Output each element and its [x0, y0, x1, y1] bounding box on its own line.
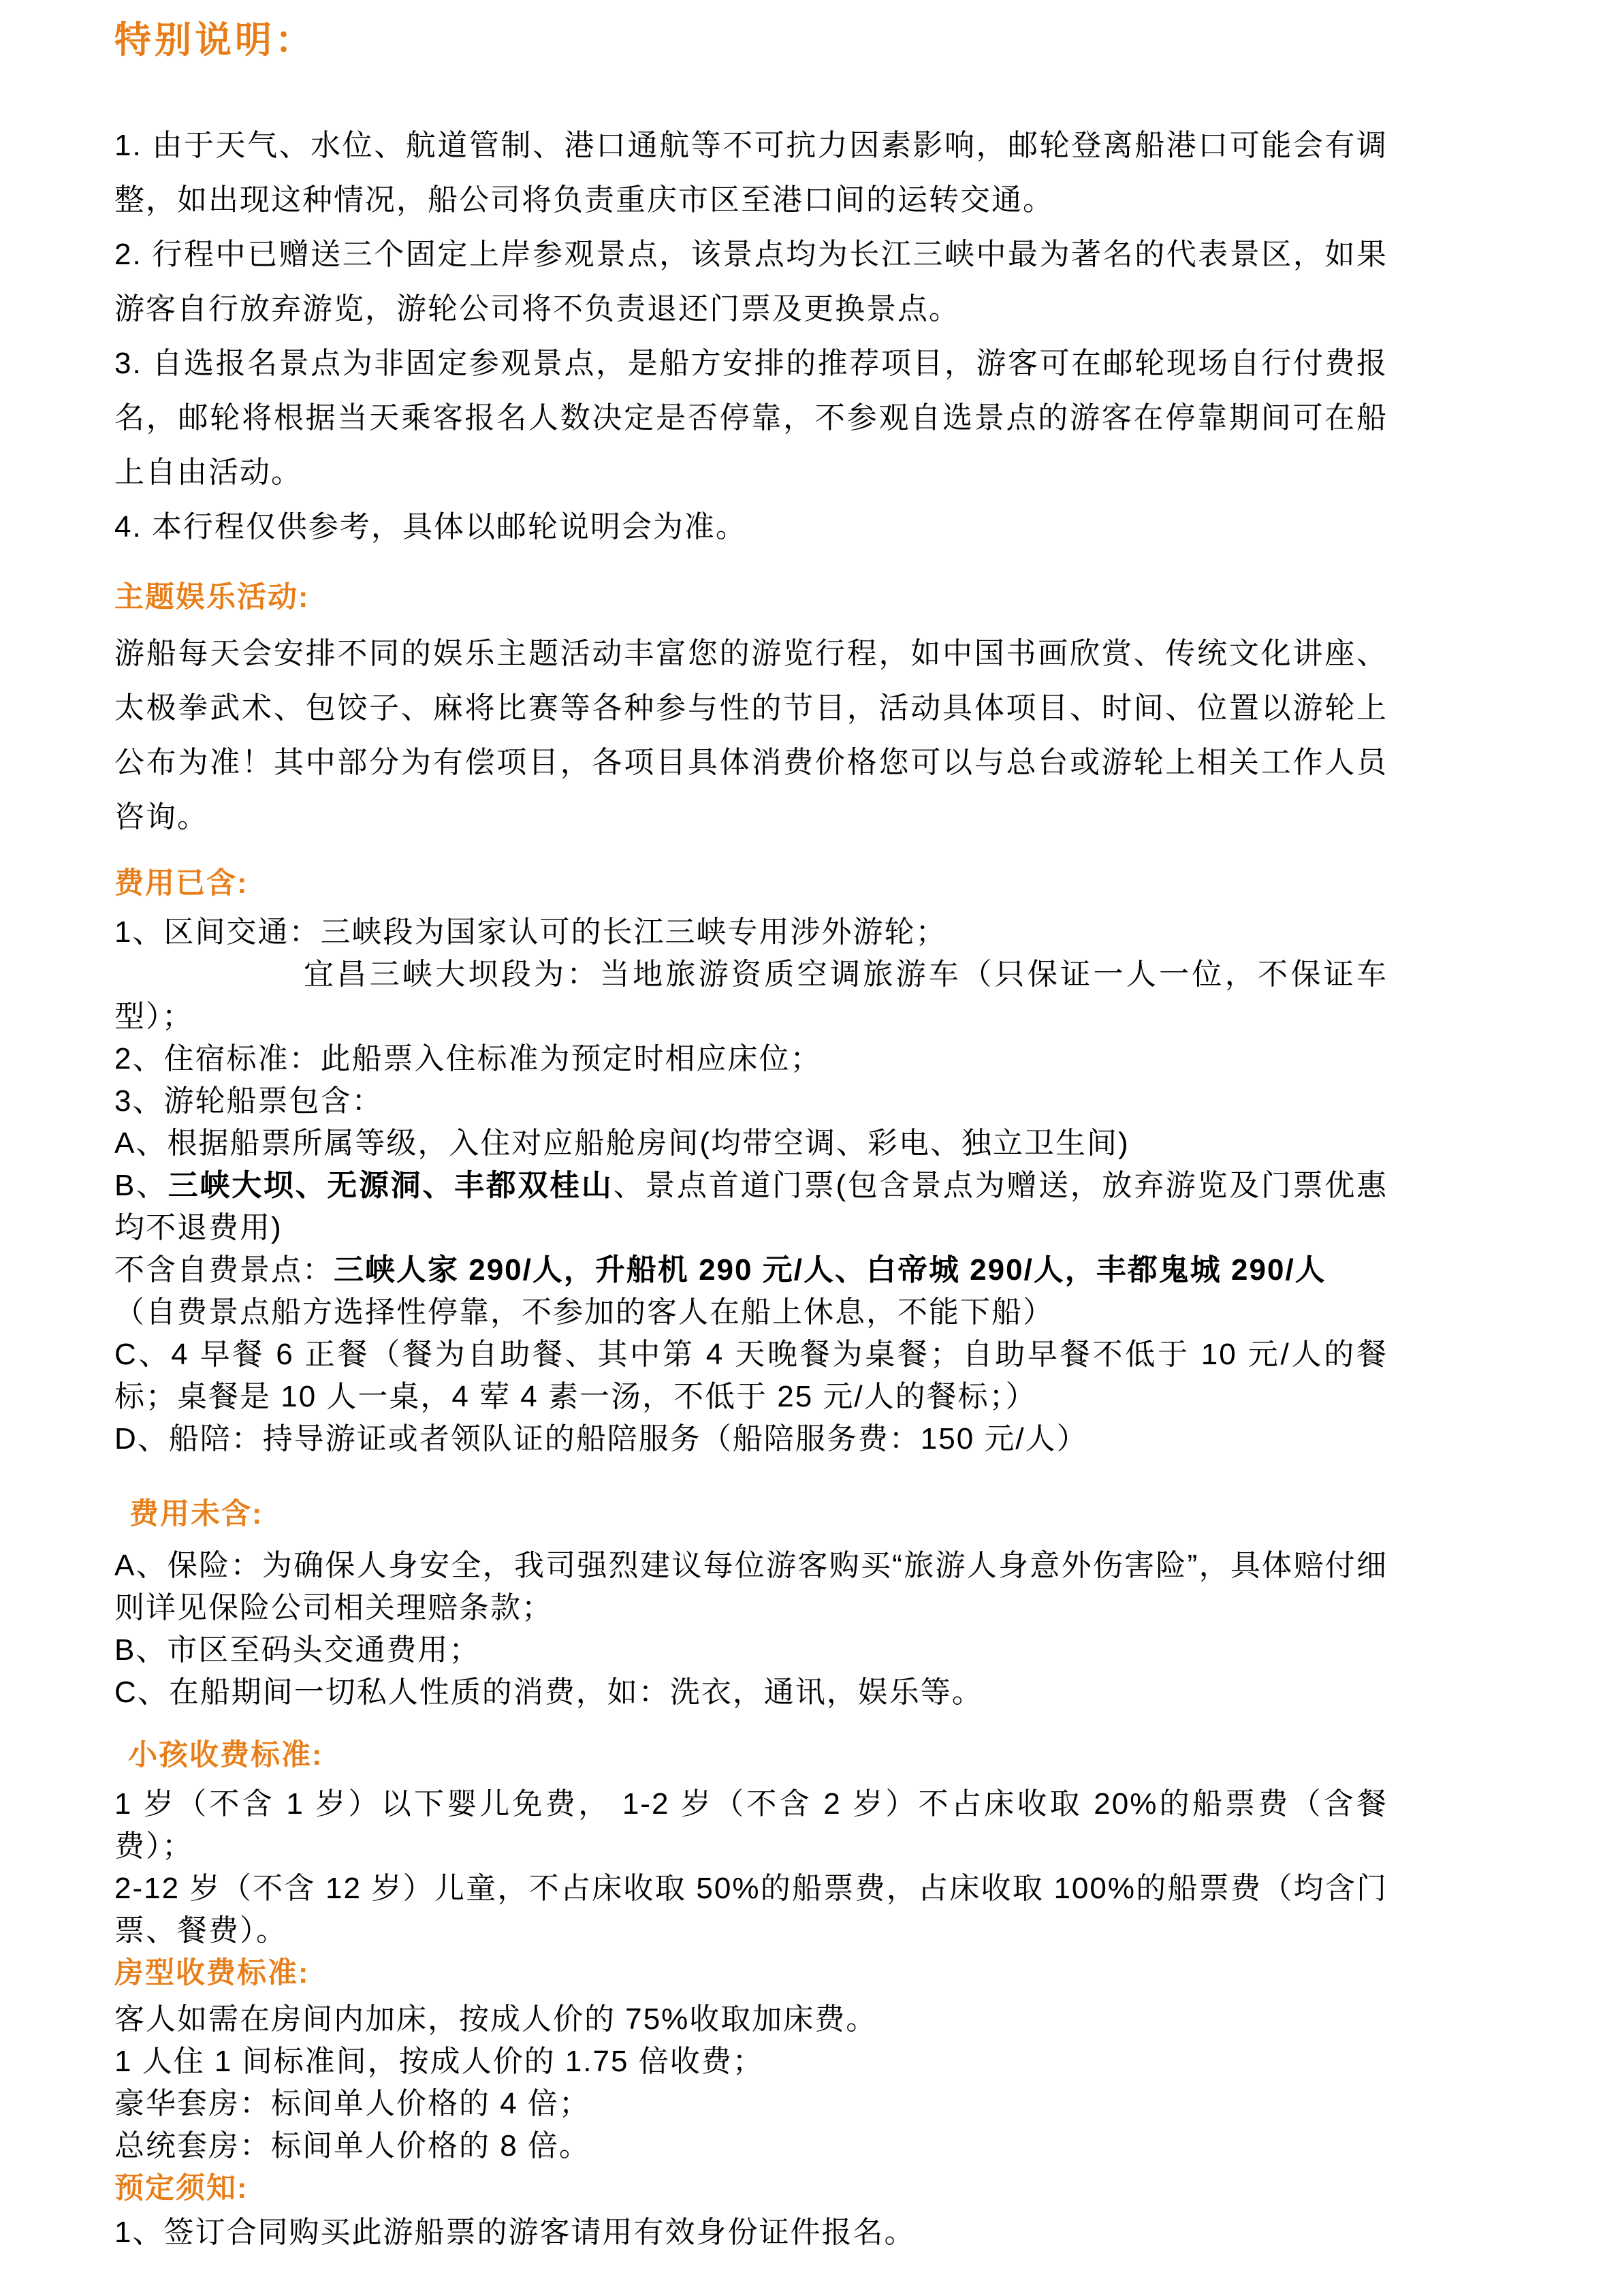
text-segment: C、4 早餐 6 正餐（餐为自助餐、其中第 4 天晚餐为桌餐；自助早餐不低于 1…: [114, 1338, 1388, 1413]
text-line: 1 人住 1 间标准间，按成人价的 1.75 倍收费；: [114, 2041, 1388, 2083]
document-page: 特别说明： 1. 由于天气、水位、航道管制、港口通航等不可抗力因素影响，邮轮登离…: [0, 0, 1622, 2296]
text-segment: B、: [114, 1169, 168, 1202]
text-segment: 2-12 岁（不含 12 岁）儿童，不占床收取 50%的船票费，占床收取 100…: [114, 1872, 1388, 1947]
text-line: B、市区至码头交通费用；: [114, 1629, 1388, 1671]
text-segment: 1、签订合同购买此游船票的游客请用有效身份证件报名。: [114, 2216, 915, 2249]
section-heading: 费用已含:: [114, 865, 1388, 903]
text-line: C、在船期间一切私人性质的消费，如：洗衣，通讯，娱乐等。: [114, 1671, 1388, 1714]
text-line: （自费景点船方选择性停靠，不参加的客人在船上休息，不能下船）: [114, 1291, 1388, 1334]
text-line: 不含自费景点：三峡人家 290/人，升船机 290 元/人、白帝城 290/人，…: [114, 1249, 1388, 1291]
text-line: 豪华套房：标间单人价格的 4 倍；: [114, 2083, 1388, 2125]
section-room-policy: 房型收费标准:客人如需在房间内加床，按成人价的 75%收取加床费。1 人住 1 …: [114, 1955, 1388, 2167]
text-line: 2-12 岁（不含 12 岁）儿童，不占床收取 50%的船票费，占床收取 100…: [114, 1868, 1388, 1952]
text-line: 3. 自选报名景点为非固定参观景点，是船方安排的推荐项目，游客可在邮轮现场自行付…: [114, 336, 1388, 500]
section-heading: 预定须知:: [114, 2170, 1388, 2208]
document-content: 特别说明： 1. 由于天气、水位、航道管制、港口通航等不可抗力因素影响，邮轮登离…: [114, 0, 1388, 2254]
section-fees-excluded: 费用未含:A、保险：为确保人身安全，我司强烈建议每位游客购买“旅游人身意外伤害险…: [114, 1496, 1388, 1714]
section-heading: 房型收费标准:: [114, 1955, 1388, 1993]
section-heading: 主题娱乐活动:: [114, 579, 1388, 617]
text-segment: 1 人住 1 间标准间，按成人价的 1.75 倍收费；: [114, 2045, 764, 2078]
text-line: 1. 由于天气、水位、航道管制、港口通航等不可抗力因素影响，邮轮登离船港口可能会…: [114, 119, 1388, 227]
text-segment: D、船陪：持导游证或者领队证的船陪服务（船陪服务费：150 元/人）: [114, 1422, 1088, 1456]
section-heading: 费用未含:: [114, 1496, 1388, 1534]
text-segment: 1、区间交通：三峡段为国家认可的长江三峡专用涉外游轮；: [114, 915, 947, 949]
text-segment: C、在船期间一切私人性质的消费，如：洗衣，通讯，娱乐等。: [114, 1676, 983, 1709]
section-heading: 小孩收费标准:: [114, 1737, 1388, 1775]
text-segment: 3、游轮船票包含：: [114, 1084, 383, 1118]
text-segment: 2. 行程中已赠送三个固定上岸参观景点，该景点均为长江三峡中最为著名的代表景区，…: [114, 238, 1388, 326]
page-title: 特别说明：: [114, 19, 1388, 61]
section-special-notes: 1. 由于天气、水位、航道管制、港口通航等不可抗力因素影响，邮轮登离船港口可能会…: [114, 119, 1388, 554]
text-line: 2. 行程中已赠送三个固定上岸参观景点，该景点均为长江三峡中最为著名的代表景区，…: [114, 227, 1388, 336]
text-line: B、三峡大坝、无源洞、丰都双桂山、景点首道门票(包含景点为赠送，放弃游览及门票优…: [114, 1165, 1388, 1249]
text-segment: 2、住宿标准：此船票入住标准为预定时相应床位；: [114, 1042, 821, 1075]
text-line: 1、签订合同购买此游船票的游客请用有效身份证件报名。: [114, 2212, 1388, 2254]
text-segment: 三峡大坝、无源洞、丰都双桂山: [168, 1169, 614, 1202]
text-segment: 总统套房：标间单人价格的 8 倍。: [114, 2129, 590, 2163]
text-segment: 客人如需在房间内加床，按成人价的 75%收取加床费。: [114, 2002, 877, 2036]
section-booking-notes: 预定须知:1、签订合同购买此游船票的游客请用有效身份证件报名。: [114, 2170, 1388, 2254]
text-line: 1、区间交通：三峡段为国家认可的长江三峡专用涉外游轮；: [114, 911, 1388, 954]
text-line: A、保险：为确保人身安全，我司强烈建议每位游客购买“旅游人身意外伤害险”，具体赔…: [114, 1545, 1388, 1629]
text-line: A、根据船票所属等级，入住对应船舱房间(均带空调、彩电、独立卫生间): [114, 1122, 1388, 1165]
text-segment: 宜昌三峡大坝段为：当地旅游资质空调旅游车（只保证一人一位，不保证车型）；: [114, 958, 1388, 1033]
section-entertainment: 主题娱乐活动:游船每天会安排不同的娱乐主题活动丰富您的游览行程，如中国书画欣赏、…: [114, 579, 1388, 845]
text-segment: 游船每天会安排不同的娱乐主题活动丰富您的游览行程，如中国书画欣赏、传统文化讲座、…: [114, 637, 1388, 834]
text-line: 1 岁（不含 1 岁）以下婴儿免费， 1-2 岁（不含 2 岁）不占床收取 20…: [114, 1783, 1388, 1868]
section-child-policy: 小孩收费标准:1 岁（不含 1 岁）以下婴儿免费， 1-2 岁（不含 2 岁）不…: [114, 1737, 1388, 1952]
sections: 1. 由于天气、水位、航道管制、港口通航等不可抗力因素影响，邮轮登离船港口可能会…: [114, 119, 1388, 2254]
text-line: 游船每天会安排不同的娱乐主题活动丰富您的游览行程，如中国书画欣赏、传统文化讲座、…: [114, 627, 1388, 845]
text-segment: 3. 自选报名景点为非固定参观景点，是船方安排的推荐项目，游客可在邮轮现场自行付…: [114, 347, 1388, 489]
text-line: 宜昌三峡大坝段为：当地旅游资质空调旅游车（只保证一人一位，不保证车型）；: [114, 954, 1388, 1038]
text-segment: （自费景点船方选择性停靠，不参加的客人在船上休息，不能下船）: [114, 1295, 1054, 1329]
text-line: C、4 早餐 6 正餐（餐为自助餐、其中第 4 天晚餐为桌餐；自助早餐不低于 1…: [114, 1334, 1388, 1418]
text-segment: A、根据船票所属等级，入住对应船舱房间(均带空调、彩电、独立卫生间): [114, 1127, 1130, 1160]
text-line: 总统套房：标间单人价格的 8 倍。: [114, 2125, 1388, 2167]
text-segment: 4. 本行程仅供参考，具体以邮轮说明会为准。: [114, 510, 747, 544]
text-segment: 三峡人家 290/人，升船机 290 元/人、白帝城 290/人，丰都鬼城 29…: [334, 1253, 1326, 1287]
text-segment: 1. 由于天气、水位、航道管制、港口通航等不可抗力因素影响，邮轮登离船港口可能会…: [114, 129, 1388, 217]
text-line: 3、游轮船票包含：: [114, 1080, 1388, 1122]
text-line: 4. 本行程仅供参考，具体以邮轮说明会为准。: [114, 500, 1388, 554]
text-segment: 不含自费景点：: [114, 1253, 334, 1287]
text-segment: A、保险：为确保人身安全，我司强烈建议每位游客购买“旅游人身意外伤害险”，具体赔…: [114, 1549, 1388, 1624]
text-segment: 1 岁（不含 1 岁）以下婴儿免费， 1-2 岁（不含 2 岁）不占床收取 20…: [114, 1787, 1388, 1863]
section-fees-included: 费用已含:1、区间交通：三峡段为国家认可的长江三峡专用涉外游轮；宜昌三峡大坝段为…: [114, 865, 1388, 1460]
text-line: 客人如需在房间内加床，按成人价的 75%收取加床费。: [114, 1998, 1388, 2041]
text-segment: 豪华套房：标间单人价格的 4 倍；: [114, 2087, 590, 2120]
text-segment: B、市区至码头交通费用；: [114, 1633, 480, 1667]
text-line: D、船陪：持导游证或者领队证的船陪服务（船陪服务费：150 元/人）: [114, 1418, 1388, 1460]
text-line: 2、住宿标准：此船票入住标准为预定时相应床位；: [114, 1038, 1388, 1080]
